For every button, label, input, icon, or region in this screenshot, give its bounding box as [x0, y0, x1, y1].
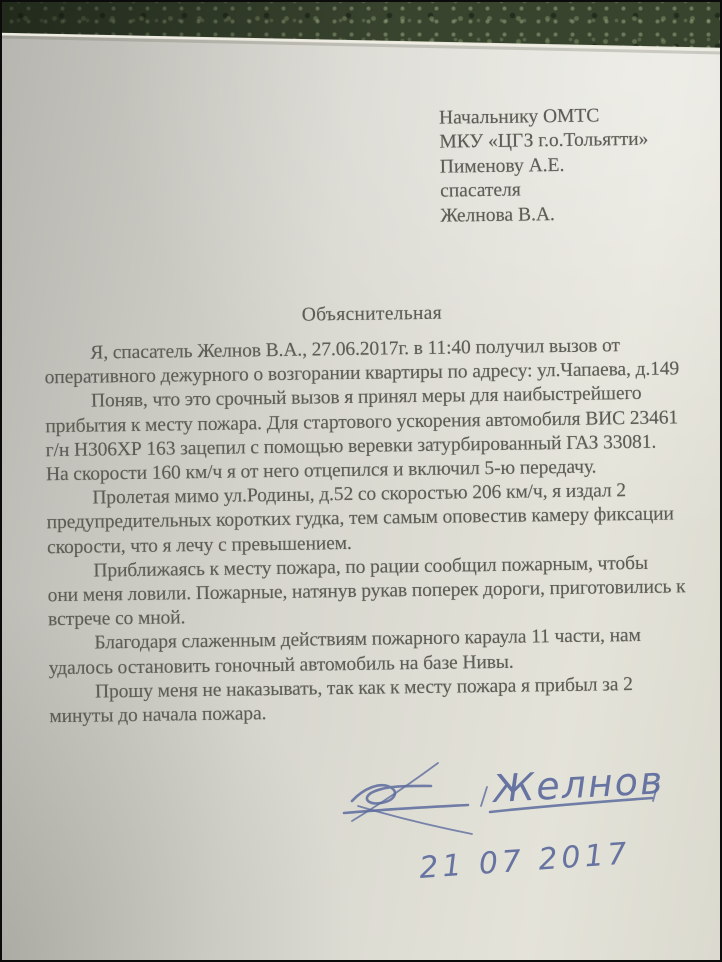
document-content: Начальнику ОМТС МКУ «ЦГЗ г.о.Тольятти» П… — [0, 0, 722, 962]
recipient-line: Желнова В.А. — [440, 201, 649, 228]
recipient-line: Начальнику ОМТС — [439, 104, 648, 131]
recipient-block: Начальнику ОМТС МКУ «ЦГЗ г.о.Тольятти» П… — [439, 104, 650, 229]
paragraph: Пролетая мимо ул.Родины, д.52 со скорост… — [46, 478, 719, 560]
document-title: Объяснительная — [44, 299, 700, 330]
paragraph: Поняв, что это срочный вызов я принял ме… — [45, 381, 718, 487]
recipient-line: Пименову А.Е. — [440, 153, 649, 180]
recipient-line: МКУ «ЦГЗ г.о.Тольятти» — [439, 128, 648, 155]
document-body: Я, спасатель Желнов В.А., 27.06.2017г. в… — [44, 333, 721, 730]
paragraph: Прошу меня не наказывать, так как к мест… — [49, 672, 722, 730]
recipient-line: спасателя — [440, 177, 649, 204]
document-photo: Начальнику ОМТС МКУ «ЦГЗ г.о.Тольятти» П… — [0, 0, 722, 962]
paragraph: Приближаясь к месту пожара, по рации соо… — [47, 551, 720, 633]
